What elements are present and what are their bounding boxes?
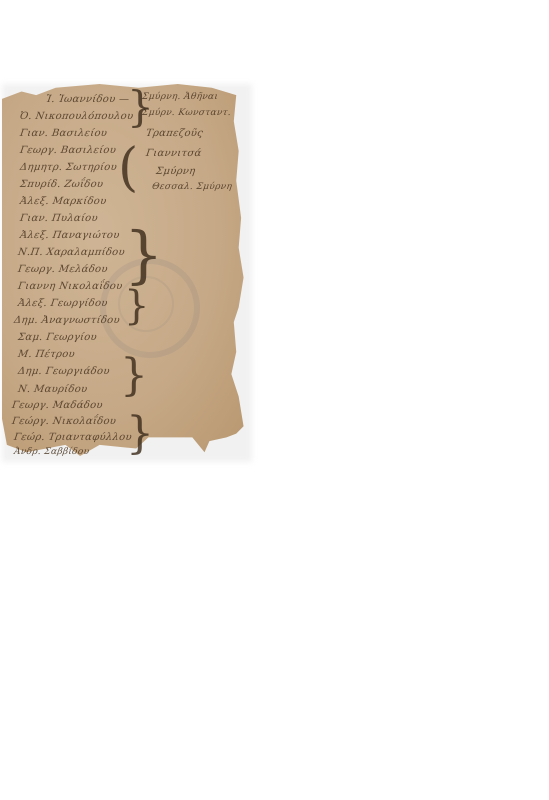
name-line: Γιαν. Πυλαίου bbox=[19, 213, 98, 224]
place-line: Σμύρν. Κωνσταντ. bbox=[141, 108, 231, 118]
name-line: Γεωργ. Μαδάδου bbox=[11, 400, 103, 411]
brace-mark: } bbox=[124, 218, 163, 291]
name-line: Ν. Μαυρίδου bbox=[17, 384, 88, 395]
brace-mark: ( bbox=[118, 138, 138, 198]
name-line: Γιαννη Νικολαΐδου bbox=[17, 281, 123, 292]
manuscript-scan: Ἰ. Ἰωαννίδου — Ὀ. Νικοπουλόπουλου Γιαν. … bbox=[0, 78, 250, 460]
name-line: Γεωργ. Μελάδου bbox=[17, 264, 108, 275]
name-line: Δημητρ. Σωτηρίου bbox=[19, 162, 117, 173]
brace-mark: } bbox=[120, 350, 148, 401]
name-line: Γεώρ. Τριανταφύλλου bbox=[13, 432, 132, 443]
name-line: Σπυρίδ. Ζωΐδου bbox=[19, 179, 104, 190]
name-line: Ἀνδρ. Σαββίδου bbox=[13, 447, 90, 457]
place-line: Σμύρνη bbox=[155, 166, 196, 177]
name-line: Σαμ. Γεωργίου bbox=[17, 332, 97, 343]
name-line: Μ. Πέτρου bbox=[17, 349, 75, 360]
place-line: Τραπεζοῦς bbox=[145, 128, 204, 139]
name-line: Γιαν. Βασιλείου bbox=[19, 128, 108, 139]
place-line: Γιαννιτσά bbox=[145, 148, 202, 159]
name-line: Ὀ. Νικοπουλόπουλου bbox=[19, 111, 134, 122]
place-line: Θεσσαλ. Σμύρνη bbox=[151, 182, 232, 192]
name-line: Ἀλεξ. Μαρκίδου bbox=[19, 196, 107, 207]
brace-mark: } bbox=[127, 82, 154, 131]
name-line: Δημ. Γεωργιάδου bbox=[17, 366, 110, 377]
name-line: Ἰ. Ἰωαννίδου — bbox=[45, 94, 130, 105]
name-line: Γεώργ. Νικολαΐδου bbox=[11, 416, 117, 427]
brace-mark: } bbox=[126, 408, 154, 459]
brace-mark: } bbox=[124, 283, 149, 329]
name-line: Ἀλεξ. Παναγιώτου bbox=[19, 230, 120, 241]
name-line: Ν.Π. Χαραλαμπίδου bbox=[17, 247, 125, 258]
name-line: Δημ. Ἀναγνωστίδου bbox=[13, 315, 120, 326]
name-line: Ἀλεξ. Γεωργίδου bbox=[17, 298, 108, 309]
name-line: Γεωργ. Βασιλείου bbox=[19, 145, 117, 156]
